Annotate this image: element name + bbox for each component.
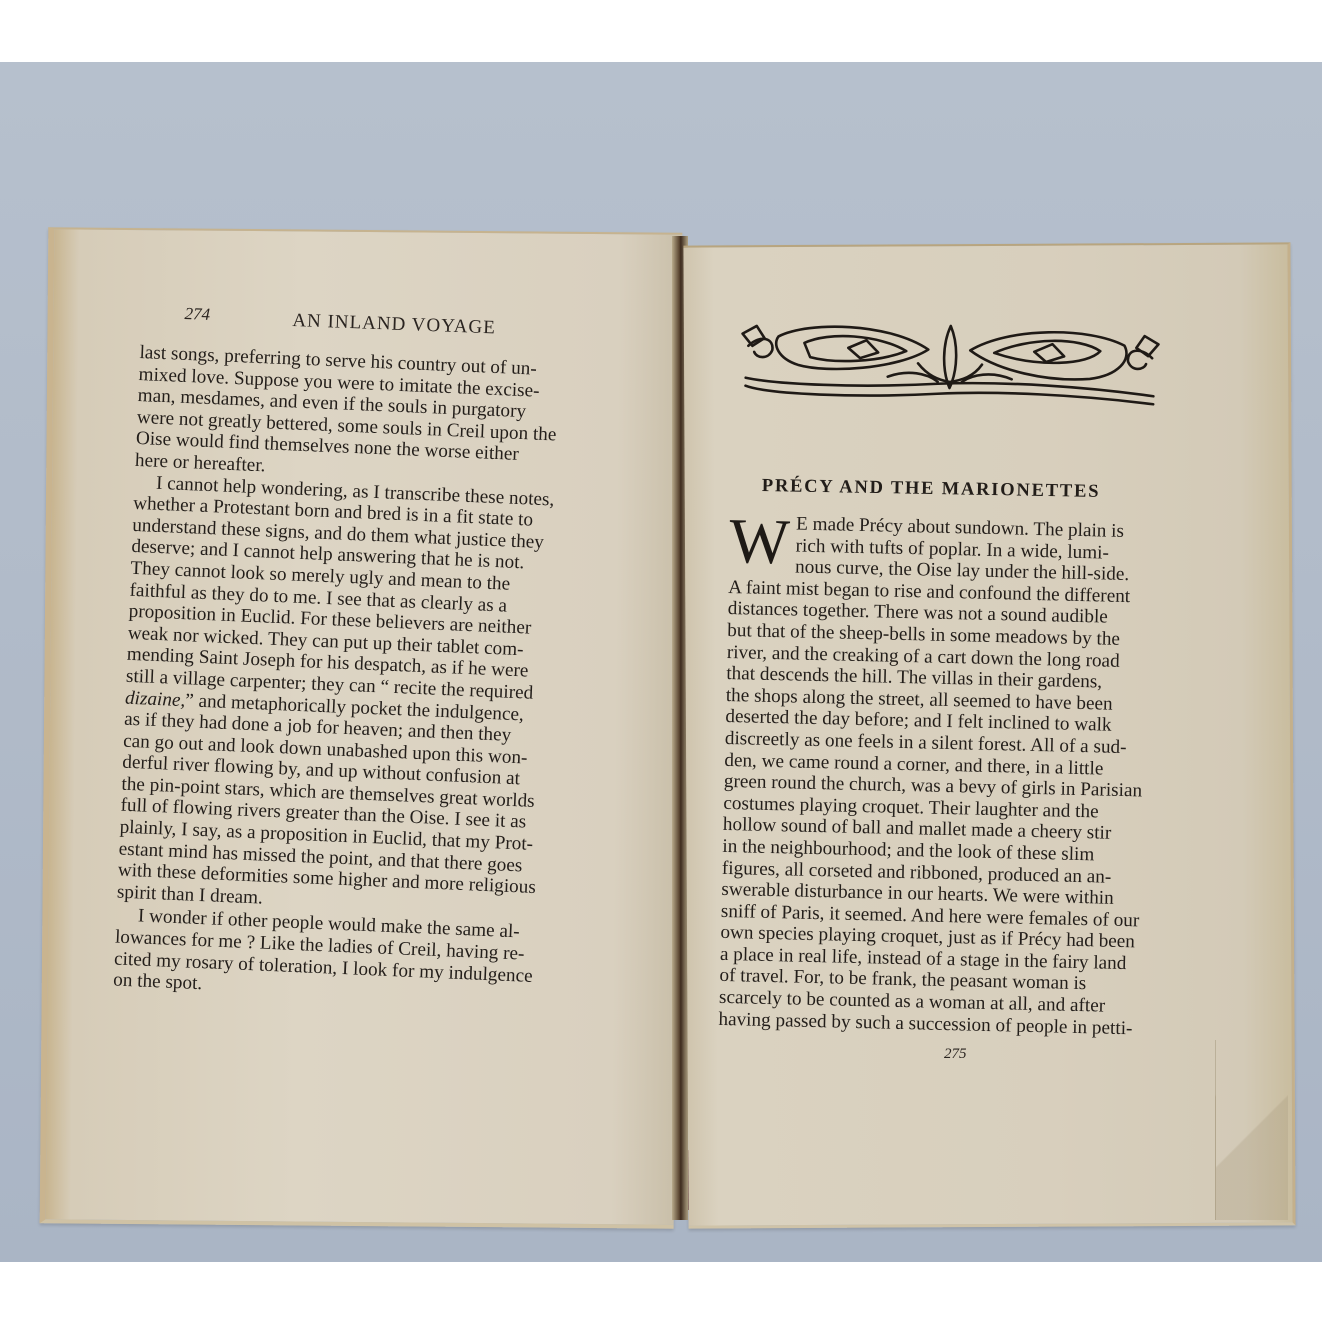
paragraph: W E made Précy about sundown. The plain … <box>718 512 1180 1040</box>
page-number-right: 275 <box>944 1046 967 1063</box>
folded-page-corner <box>1215 1040 1288 1220</box>
paragraph: I cannot help wondering, as I transcribe… <box>116 471 602 922</box>
right-page-body: W E made Précy about sundown. The plain … <box>718 512 1180 1040</box>
page-number-left: 274 <box>184 304 210 325</box>
drop-cap: W <box>729 514 791 569</box>
paragraph: last songs, preferring to serve his coun… <box>135 342 608 491</box>
ornamental-headpiece-icon <box>737 316 1163 413</box>
italic-word: dizaine, <box>125 687 186 711</box>
left-page-body: last songs, preferring to serve his coun… <box>113 342 608 1011</box>
book-title: AN INLAND VOYAGE <box>292 310 496 339</box>
